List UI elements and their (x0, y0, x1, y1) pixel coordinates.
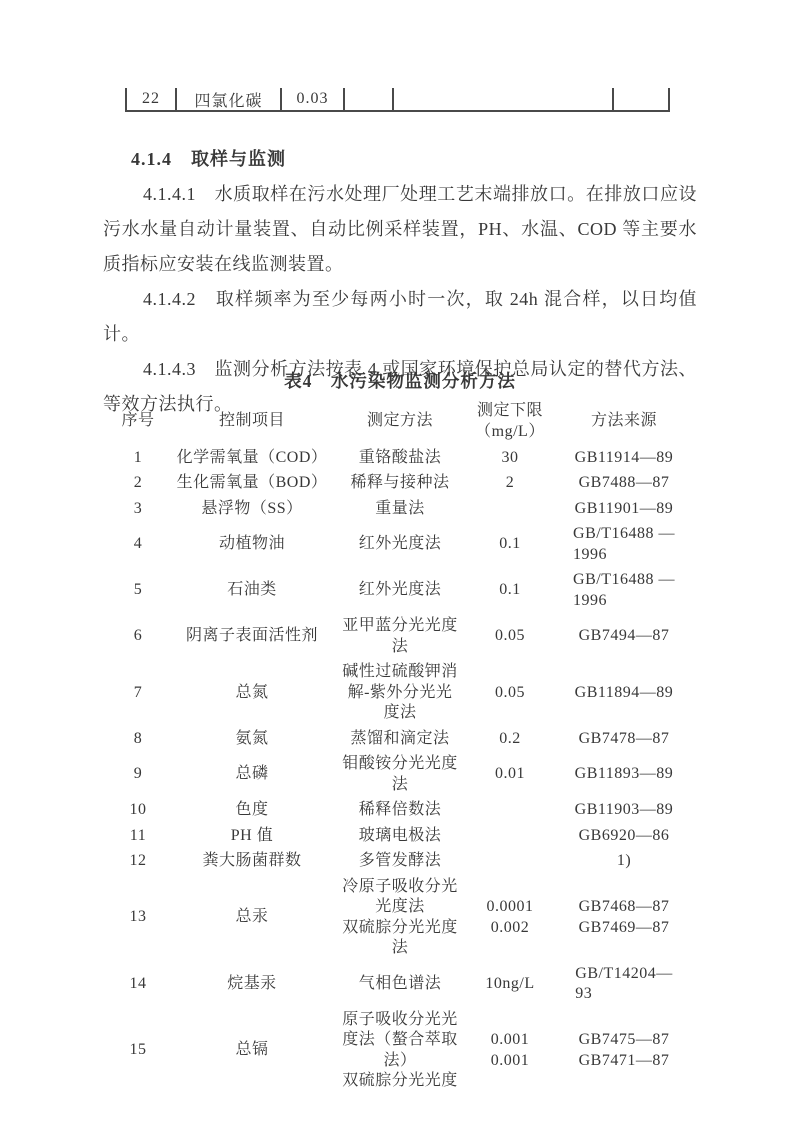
cell-limit: 0.05 (464, 660, 556, 727)
table-row: 14烷基汞气相色谱法10ng/LGB/T14204— 93 (108, 961, 692, 1007)
cell-source: GB11894—89 (556, 660, 692, 727)
cell-limit: 0.1 (464, 522, 556, 568)
cell-limit: 0.0001 0.002 (464, 874, 556, 961)
cell-limit: 0.01 (464, 752, 556, 798)
source-text: GB7494—87 (579, 626, 670, 647)
cell-method: 碱性过硫酸钾消 解-紫外分光光 度法 (336, 660, 464, 727)
cell-source: GB11893—89 (556, 752, 692, 798)
cell-item: 粪大肠菌群数 (168, 849, 336, 875)
source-text: GB7475—87 GB7471—87 (579, 1030, 670, 1071)
section-heading: 4.1.4 取样与监测 (103, 142, 697, 177)
source-text: GB11894—89 (575, 683, 674, 704)
source-text: GB11901—89 (575, 499, 674, 520)
cell-method: 钼酸铵分光光度 法 (336, 752, 464, 798)
table4: 序号 控制项目 测定方法 测定下限 （mg/L） 方法来源 1化学需氧量（COD… (108, 400, 692, 1094)
cell-limit: 2 (464, 471, 556, 497)
document-page: 22 四氯化碳 0.03 4.1.4 取样与监测 4.1.4.1 水质取样在污水… (0, 0, 800, 1131)
header-row: 序号 控制项目 测定方法 测定下限 （mg/L） 方法来源 (108, 400, 692, 445)
cell-limit (464, 496, 556, 522)
cell-no: 15 (108, 1007, 168, 1094)
cell-limit: 10ng/L (464, 961, 556, 1007)
paragraph-4-1-4-2: 4.1.4.2 取样频率为至少每两小时一次，取 24h 混合样，以日均值计。 (103, 282, 697, 352)
table-row: 3悬浮物（SS）重量法GB11901—89 (108, 496, 692, 522)
cell-method: 冷原子吸收分光 光度法 双硫腙分光光度 法 (336, 874, 464, 961)
fragment-cell-empty (343, 88, 392, 110)
paragraph-4-1-4-1: 4.1.4.1 水质取样在污水处理厂处理工艺末端排放口。在排放口应设污水水量自动… (103, 177, 697, 282)
cell-item: 烷基汞 (168, 961, 336, 1007)
table-row: 8氨氮蒸馏和滴定法0.2GB7478—87 (108, 726, 692, 752)
cell-no: 11 (108, 823, 168, 849)
fragment-cell-value: 0.03 (280, 88, 343, 110)
table4-header: 序号 控制项目 测定方法 测定下限 （mg/L） 方法来源 (108, 400, 692, 445)
cell-item: PH 值 (168, 823, 336, 849)
cell-source: GB11914—89 (556, 445, 692, 471)
cell-source: GB7468—87 GB7469—87 (556, 874, 692, 961)
source-text: GB7488—87 (579, 473, 670, 494)
cell-method: 红外光度法 (336, 568, 464, 614)
cell-method: 稀释倍数法 (336, 798, 464, 824)
source-text: GB6920—86 (579, 826, 670, 847)
cell-limit: 0.2 (464, 726, 556, 752)
cell-limit: 30 (464, 445, 556, 471)
cell-method: 重量法 (336, 496, 464, 522)
table-row: 6阴离子表面活性剂亚甲蓝分光光度 法0.05GB7494—87 (108, 614, 692, 660)
table-row: 1化学需氧量（COD）重铬酸盐法30GB11914—89 (108, 445, 692, 471)
source-text: 1) (617, 851, 631, 872)
cell-item: 氨氮 (168, 726, 336, 752)
cell-no: 4 (108, 522, 168, 568)
fragment-cell-empty (612, 88, 670, 110)
cell-limit (464, 849, 556, 875)
cell-no: 2 (108, 471, 168, 497)
cell-no: 1 (108, 445, 168, 471)
cell-method: 重铬酸盐法 (336, 445, 464, 471)
cell-item: 石油类 (168, 568, 336, 614)
cell-no: 14 (108, 961, 168, 1007)
cell-item: 悬浮物（SS） (168, 496, 336, 522)
cell-limit (464, 823, 556, 849)
cell-no: 5 (108, 568, 168, 614)
cell-item: 总磷 (168, 752, 336, 798)
cell-method: 红外光度法 (336, 522, 464, 568)
cell-source: GB7488—87 (556, 471, 692, 497)
cell-item: 生化需氧量（BOD） (168, 471, 336, 497)
cell-item: 总镉 (168, 1007, 336, 1094)
cell-no: 10 (108, 798, 168, 824)
cell-source: GB11901—89 (556, 496, 692, 522)
cell-source: 1) (556, 849, 692, 875)
cell-source: GB/T14204— 93 (556, 961, 692, 1007)
cell-source: GB/T16488 — 1996 (556, 522, 692, 568)
cell-limit: 0.05 (464, 614, 556, 660)
fragment-cell-empty (392, 88, 612, 110)
cell-item: 总氮 (168, 660, 336, 727)
cell-no: 8 (108, 726, 168, 752)
cell-item: 阴离子表面活性剂 (168, 614, 336, 660)
cell-item: 化学需氧量（COD） (168, 445, 336, 471)
cell-method: 气相色谱法 (336, 961, 464, 1007)
cell-method: 多管发酵法 (336, 849, 464, 875)
table-row: 4动植物油红外光度法0.1GB/T16488 — 1996 (108, 522, 692, 568)
source-text: GB7478—87 (579, 729, 670, 750)
cell-source: GB/T16488 — 1996 (556, 568, 692, 614)
column-header-limit: 测定下限 （mg/L） (464, 400, 556, 445)
source-text: GB11893—89 (575, 764, 674, 785)
table-row: 12粪大肠菌群数多管发酵法1) (108, 849, 692, 875)
cell-source: GB11903—89 (556, 798, 692, 824)
cell-limit: 0.001 0.001 (464, 1007, 556, 1094)
cell-method: 原子吸收分光光 度法（螯合萃取 法） 双硫腙分光光度 (336, 1007, 464, 1094)
cell-no: 9 (108, 752, 168, 798)
source-text: GB/T16488 — 1996 (573, 570, 675, 611)
previous-table-fragment: 22 四氯化碳 0.03 (125, 88, 670, 112)
column-header-no: 序号 (108, 400, 168, 445)
cell-item: 色度 (168, 798, 336, 824)
cell-no: 13 (108, 874, 168, 961)
table-row: 9总磷钼酸铵分光光度 法0.01GB11893—89 (108, 752, 692, 798)
cell-source: GB7478—87 (556, 726, 692, 752)
source-text: GB/T16488 — 1996 (573, 524, 675, 565)
table-row: 11PH 值玻璃电极法GB6920—86 (108, 823, 692, 849)
cell-method: 稀释与接种法 (336, 471, 464, 497)
cell-item: 动植物油 (168, 522, 336, 568)
cell-limit: 0.1 (464, 568, 556, 614)
table-row: 2生化需氧量（BOD）稀释与接种法2GB7488—87 (108, 471, 692, 497)
source-text: GB/T14204— 93 (575, 964, 672, 1005)
cell-limit (464, 798, 556, 824)
cell-source: GB7494—87 (556, 614, 692, 660)
cell-method: 蒸馏和滴定法 (336, 726, 464, 752)
cell-no: 7 (108, 660, 168, 727)
cell-source: GB6920—86 (556, 823, 692, 849)
table-row: 7总氮碱性过硫酸钾消 解-紫外分光光 度法0.05GB11894—89 (108, 660, 692, 727)
cell-source: GB7475—87 GB7471—87 (556, 1007, 692, 1094)
cell-item: 总汞 (168, 874, 336, 961)
cell-method: 玻璃电极法 (336, 823, 464, 849)
cell-no: 12 (108, 849, 168, 875)
table4-title: 表4 水污染物监测分析方法 (0, 368, 800, 393)
source-text: GB11903—89 (575, 800, 674, 821)
cell-method: 亚甲蓝分光光度 法 (336, 614, 464, 660)
cell-no: 3 (108, 496, 168, 522)
source-text: GB7468—87 GB7469—87 (579, 897, 670, 938)
column-header-item: 控制项目 (168, 400, 336, 445)
fragment-cell-item: 四氯化碳 (175, 88, 280, 110)
table-row: 10色度稀释倍数法GB11903—89 (108, 798, 692, 824)
table-row: 5石油类红外光度法0.1GB/T16488 — 1996 (108, 568, 692, 614)
column-header-method: 测定方法 (336, 400, 464, 445)
table4-body: 1化学需氧量（COD）重铬酸盐法30GB11914—892生化需氧量（BOD）稀… (108, 445, 692, 1094)
cell-no: 6 (108, 614, 168, 660)
table-row: 13总汞冷原子吸收分光 光度法 双硫腙分光光度 法0.0001 0.002GB7… (108, 874, 692, 961)
column-header-source: 方法来源 (556, 400, 692, 445)
source-text: GB11914—89 (575, 448, 674, 469)
table-row: 15总镉原子吸收分光光 度法（螯合萃取 法） 双硫腙分光光度0.001 0.00… (108, 1007, 692, 1094)
fragment-cell-no: 22 (125, 88, 175, 110)
